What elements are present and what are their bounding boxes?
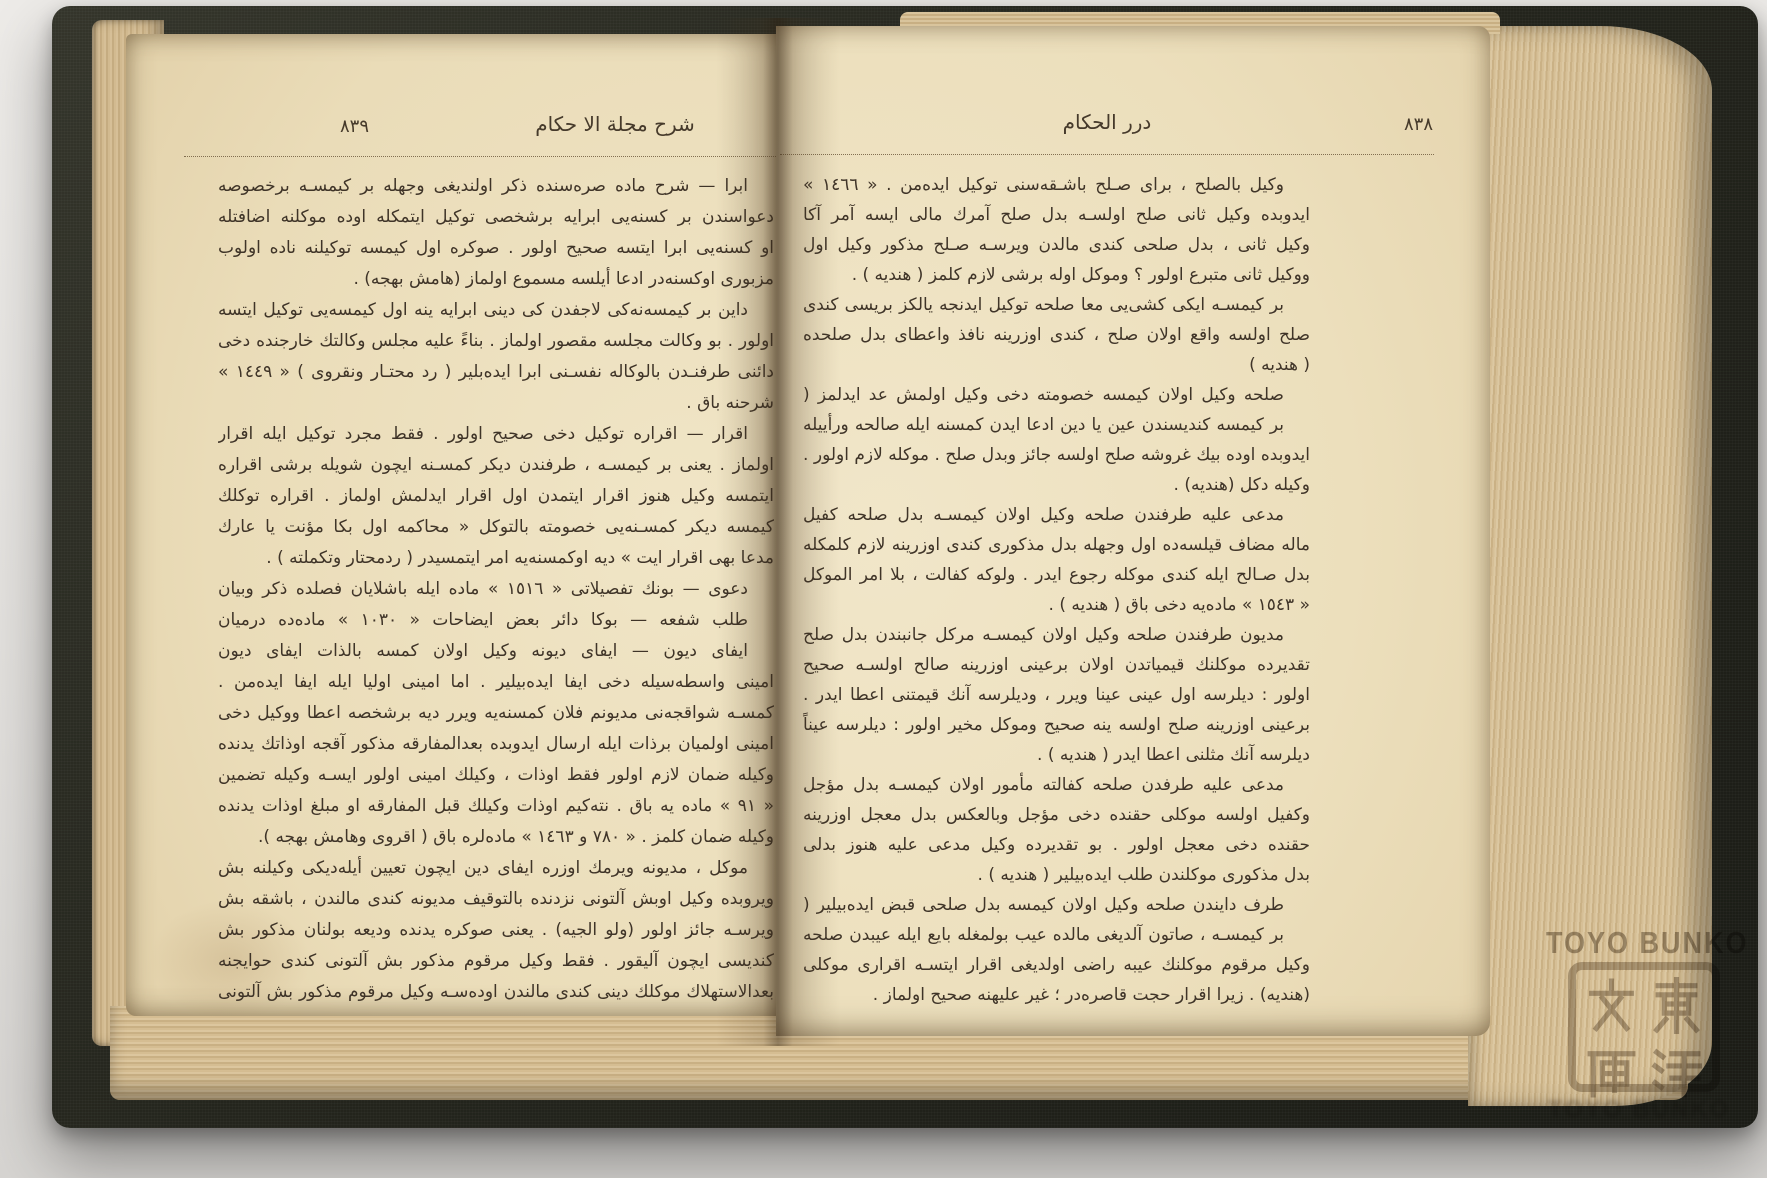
text-line: طرف دايندن صلحه وكيل اولان كيمسه بدل صلح…: [803, 890, 1310, 920]
text-line: مدعى عليه طرفدن صلحه كفالته مأمور اولان …: [803, 770, 1310, 800]
left-page-header: ٨٣٩ شرح مجلة الا حكام: [126, 114, 776, 144]
watermark-sub-text: TOYO BUNKO: [1548, 1096, 1730, 1124]
text-line: وكيل مرقوم موكلنك عيبه راضى اولديغى اقرا…: [803, 950, 1310, 980]
text-line: كيمسه ديكر كمسـنه‌يى خصومته بالتوكل « مح…: [218, 512, 774, 543]
text-line: ايدوبده اوده بيك غروشه صلح اولسه جائز وب…: [803, 440, 1310, 470]
text-line: ايفاى ديون — ايفاى ديونه وكيل اولان كمسه…: [218, 636, 774, 667]
text-line: بدل صـالح ايله كندى موكله رجوع ايدر . ول…: [803, 560, 1310, 590]
text-line: مديون طرفندن صلحه وكيل اولان كيمسـه مركل…: [803, 620, 1310, 650]
text-line: ماله مضاف قيلسه‌ده اول وجهله بدل مذكورى …: [803, 530, 1310, 560]
text-line: وكيله دكل (هنديه) .: [803, 470, 1310, 500]
left-page-text: ابرا — شرح ماده صره‌سنده ذكر اولنديغى وج…: [218, 171, 774, 1008]
text-line: طلب شفعه — بوكا دائر بعض ايضاحات « ١٠٣٠ …: [218, 605, 774, 636]
text-line: دائنى طرفنـدن بالوكاله نفسـنى ابرا ايده‌…: [218, 357, 774, 388]
text-line: وكيله ضمان كلمز . « ٧٨٠ و ١٤٦٣ » ماده‌لر…: [218, 822, 774, 853]
text-line: كمسـه شواقجه‌نى مديونم فلان كمسنه‌يه وير…: [218, 698, 774, 729]
text-line: ابرا — شرح ماده صره‌سنده ذكر اولنديغى وج…: [218, 171, 774, 202]
photo-backdrop: ٨٣٩ شرح مجلة الا حكام ابرا — شرح ماده صر…: [0, 0, 1767, 1178]
text-line: بر كيمسه كنديسندن عين يا دين ادعا ايدن ك…: [803, 410, 1310, 440]
text-line: او كسنه‌يى ابرا ايتسه صحيح اولور . صوكره…: [218, 233, 774, 264]
text-line: برعينى اوزرينه صلح اولسه ينه صحيح وموكل …: [803, 710, 1310, 740]
text-line: بر كيمسـه ، صاتون آلديغى مالده عيب بولمغ…: [803, 920, 1310, 950]
text-line: اولماز . يعنى بر كيمسـه ، طرفندن ديكر كم…: [218, 450, 774, 481]
text-line: بعدالاستهلاك موكلك دينى كندى مالندن اوده…: [218, 977, 774, 1008]
header-rule: [780, 154, 1434, 155]
seal-char-east-icon: [1646, 975, 1707, 1036]
seal-char-storehouse-icon: [1581, 1040, 1642, 1101]
right-page-number: ٨٣٨: [1404, 114, 1433, 135]
left-page-number: ٨٣٩: [340, 116, 369, 137]
text-line: وكيل ثانى ، بدل صلحى كندى مالدن ويرسـه ص…: [803, 230, 1310, 260]
text-line: كنديسى ايچون آليقور . فقط وكيل مرقوم مذك…: [218, 946, 774, 977]
text-line: مدعى عليه طرفندن صلحه وكيل اولان كيمسـه …: [803, 500, 1310, 530]
text-line: تقديرده موكلنك قيمياتدن اولان برعينى اوز…: [803, 650, 1310, 680]
left-page: ٨٣٩ شرح مجلة الا حكام ابرا — شرح ماده صر…: [126, 34, 776, 1016]
text-line: (هنديه) . زيرا اقرار حجت قاصره‌در ؛ غير …: [803, 980, 1310, 1010]
seal-char-script-icon: [1581, 975, 1642, 1036]
text-line: امينى اولميان برذات ايله ارسال ايدوبده ب…: [218, 729, 774, 760]
text-line: ويروبده وكيل اوبش آلتونى نزدنده بالتوقيف…: [218, 884, 774, 915]
text-line: حقنده دخى معجل اولور . بو تقديرده وكيل م…: [803, 830, 1310, 860]
text-line: ديلرسه آنك مثلنى اعطا ايدر ( هنديه ) .: [803, 740, 1310, 770]
right-page-header: ٨٣٨ درر الحكام: [776, 112, 1490, 142]
right-running-title: درر الحكام: [1022, 110, 1192, 134]
text-line: ويرسـه جائز اولور (ولو الجيه) . يعنى صوك…: [218, 915, 774, 946]
text-line: « ١٥٤٣ » ماده‌يه دخى باق ( هنديه ) .: [803, 590, 1310, 620]
text-line: وكيله ضمان لازم اولور فقط اوذات ، وكيلك …: [218, 760, 774, 791]
text-line: شرحنه باق .: [218, 388, 774, 419]
text-line: موكل ، مديونه ويرمك اوزره ايفاى دين ايچو…: [218, 853, 774, 884]
right-page: ٨٣٨ درر الحكام وكيل بالصلح ، براى صـلح ب…: [776, 26, 1490, 1036]
text-line: وكفيل اولسه موكلى حقنده دخى مؤجل وبالعكس…: [803, 800, 1310, 830]
text-line: اولور : ديلرسه اول عينى عينا ويرر ، وديل…: [803, 680, 1310, 710]
text-line: داين بر كيمسه‌نه‌كى لاجفدن كى دينى ابراي…: [218, 295, 774, 326]
text-line: ووكيل ثانى متبرع اولور ؟ وموكل اوله برشى…: [803, 260, 1310, 290]
library-seal: [1568, 962, 1720, 1092]
text-line: ايدوبده وكيل ثانى صلح اولسـه بدل صلح آمر…: [803, 200, 1310, 230]
text-line: ايتمسه وكيل هنوز اقرار ايتمدن اول اقرار …: [218, 481, 774, 512]
text-line: دعوى — بونك تفصيلاتى « ١٥١٦ » ماده ايله …: [218, 574, 774, 605]
header-rule: [184, 156, 778, 157]
text-line: وكيل بالصلح ، براى صـلح باشـقه‌سنى توكيل…: [803, 170, 1310, 200]
text-line: « ٩١ » ماده يه باق . نته‌كيم اوذات وكيلك…: [218, 791, 774, 822]
text-line: بر كيمسـه ايكى كشى‌يى معا صلحه توكيل ايد…: [803, 290, 1310, 320]
text-line: مزبورى اوكسنه‌در ادعا أيلسه مسموع اولماز…: [218, 264, 774, 295]
toyo-bunko-watermark-text: TOYO BUNKO: [1546, 926, 1749, 961]
text-line: ( هنديه ): [803, 350, 1310, 380]
text-line: امينى واسطه‌سيله دخى ايفا ايده‌بيلير . ا…: [218, 667, 774, 698]
text-line: بدل مذكورى موكلندن طلب ايده‌بيلير ( هندي…: [803, 860, 1310, 890]
right-page-text: وكيل بالصلح ، براى صـلح باشـقه‌سنى توكيل…: [803, 170, 1310, 1010]
left-running-title: شرح مجلة الا حكام: [520, 112, 710, 136]
text-line: اقرار — اقراره توكيل دخى صحيح اولور . فق…: [218, 419, 774, 450]
seal-char-ocean-icon: [1646, 1040, 1707, 1101]
text-line: مدعا بهى اقرار ايت » ديه اوكمسنه‌يه امر …: [218, 543, 774, 574]
text-line: صلحه وكيل اولان كيمسه خصومته دخى وكيل او…: [803, 380, 1310, 410]
text-line: اولور . بو وكالت مجلسه مقصور اولماز . بن…: [218, 326, 774, 357]
text-line: دعواسندن بر كسنه‌يى ابرايه برشخصى توكيل …: [218, 202, 774, 233]
text-line: صلح اولسه واقع اولان صلح ، كندى اوزرينه …: [803, 320, 1310, 350]
